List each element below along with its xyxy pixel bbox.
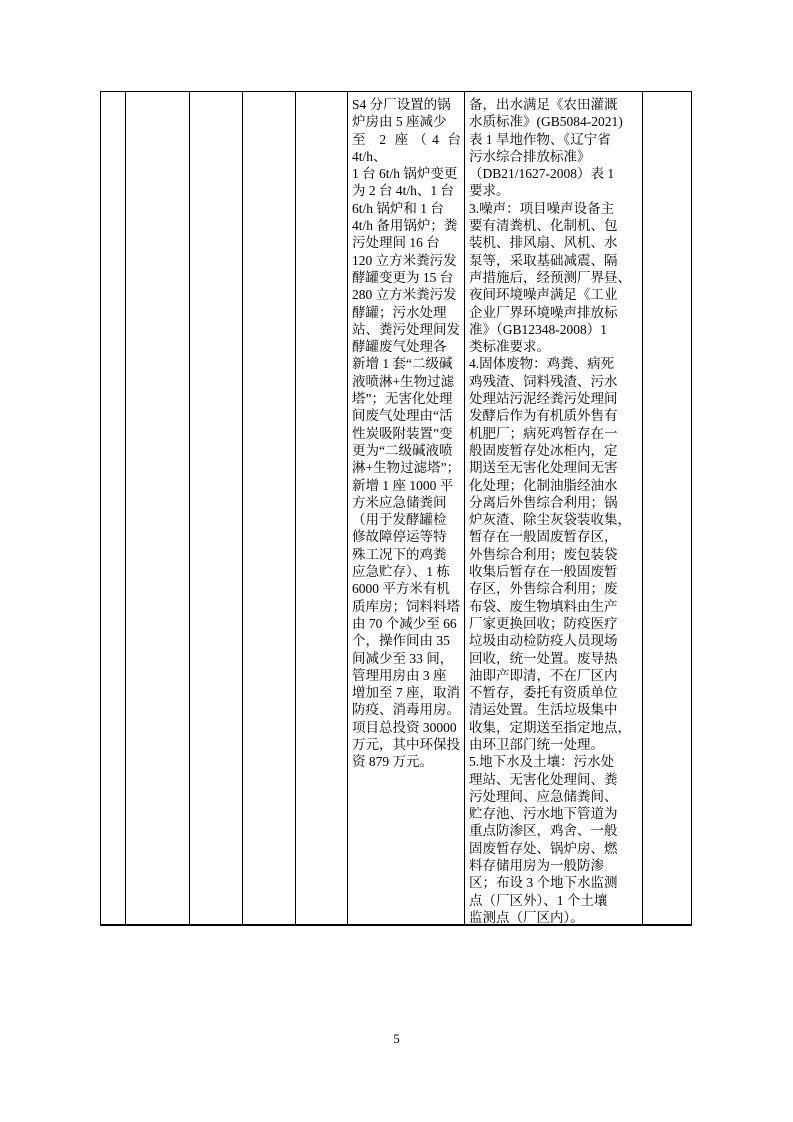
table-cell-empty-5 xyxy=(296,92,348,924)
table-cell-empty-3 xyxy=(190,92,243,924)
table-cell-empty-6 xyxy=(643,92,691,924)
table-cell-empty-4 xyxy=(243,92,296,924)
table-cell-empty-1 xyxy=(101,92,126,924)
approval-table-row-continued: S4 分厂设置的锅 炉房由 5 座减少 至 2 座（4 台 4t/h、 1 台 … xyxy=(100,91,692,926)
page-number: 5 xyxy=(0,1031,793,1046)
table-cell-environmental-measures: 备，出水满足《农田灌溉 水质标准》(GB5084-2021) 表 1 旱地作物、… xyxy=(465,92,643,924)
table-cell-project-changes: S4 分厂设置的锅 炉房由 5 座减少 至 2 座（4 台 4t/h、 1 台 … xyxy=(348,92,465,924)
document-page: S4 分厂设置的锅 炉房由 5 座减少 至 2 座（4 台 4t/h、 1 台 … xyxy=(0,0,793,1122)
table-cell-empty-2 xyxy=(126,92,190,924)
